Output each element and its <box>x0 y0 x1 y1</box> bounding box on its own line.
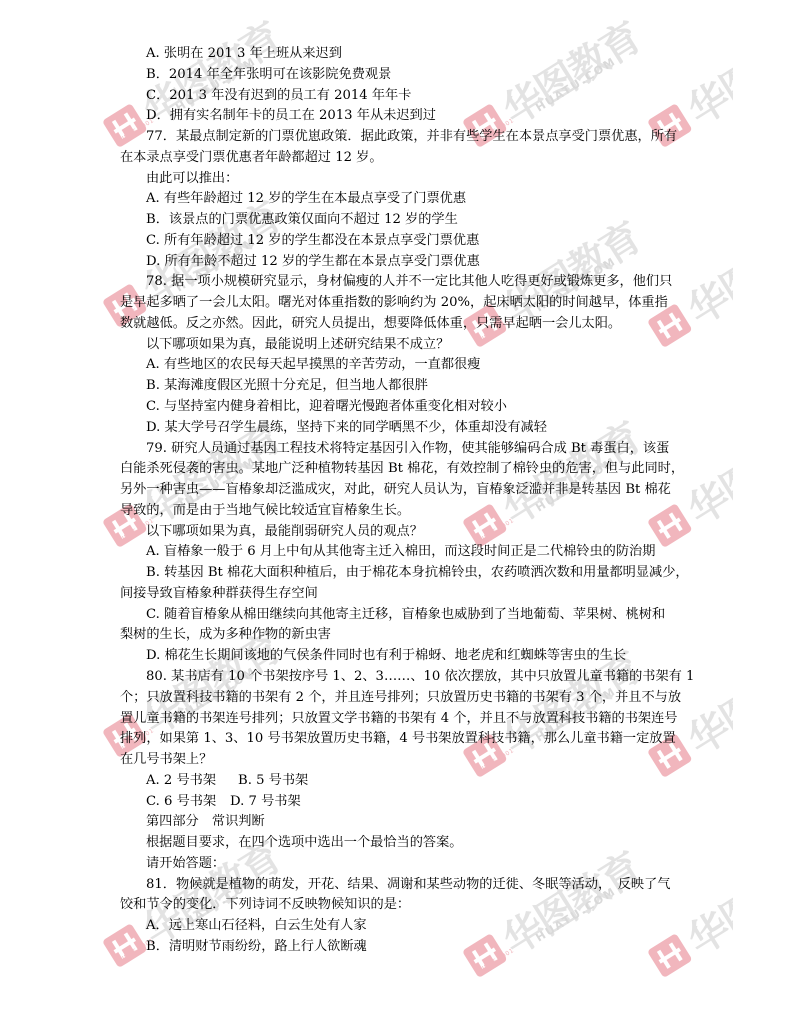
option-b: B. 转基因 Bt 棉花大面积种植后，由于棉花本身抗棉铃虫，农药喷洒次数和用量都… <box>120 563 672 584</box>
question-stem: 是早起多晒了一会儿太阳。曙光对体重指数的影响约为 20%，起床晒太阳的时间越早，… <box>120 293 672 314</box>
question-stem: 81．物候就是植物的萌发，开花、结果、凋谢和某些动物的迁徙、冬眠等活动， 反映了… <box>120 875 672 896</box>
option-a: A．远上寒山石径料，白云生处有人家 <box>120 916 672 937</box>
question-76-options: A. 张明在 201 3 年上班从来迟到 B．2014 年全年张明可在该影院免费… <box>120 44 672 127</box>
question-80: 80. 某书店有 10 个书架按序号 1、2、3……、10 依次摆放，其中只放置… <box>120 667 672 812</box>
question-stem: 数就越低。反之亦然。因此，研究人员提出，想要降低体重，只需早起晒一会儿太阳。 <box>120 314 672 335</box>
option-c: C. 所有年龄超过 12 岁的学生都没在本景点享受门票优惠 <box>120 231 672 252</box>
options-row-1: A. 2 号书架B. 5 号书架 <box>120 771 672 792</box>
option-b: B．清明财节雨纷纷，路上行人欲断魂 <box>120 937 672 958</box>
question-stem: 78. 据一项小规模研究显示，身材偏瘦的人并不一定比其他人吃得更好或锻炼更多，他… <box>120 272 672 293</box>
watermark-brand: 华图教育 <box>676 837 733 966</box>
option-d: D. 某大学号召学生晨练，坚持下来的同学晒黑不少，体重却没有减轻 <box>120 418 672 439</box>
question-stem: 在本录点享受门票优惠者年龄都超过 12 岁。 <box>120 148 672 169</box>
question-stem: 白能杀死侵袭的害虫。某地广泛种植物转基因 Bt 棉花，有效控制了棉铃虫的危害，但… <box>120 459 672 480</box>
question-prompt: 以下哪项如果为真，最能说明上述研究结果不成立？ <box>120 335 672 356</box>
option-a: A. 盲椿象一般于 6 月上中旬从其他寄主迁入棉田，而这段时间正是二代棉铃虫的防… <box>120 542 672 563</box>
section-instruction: 根据题目要求，在四个选项中选出一个最恰当的答案。 <box>120 833 672 854</box>
question-stem: 排列，如果第 1、3、10 号书架放置历史书籍，4 号书架放置科技书籍，那么儿童… <box>120 729 672 750</box>
question-stem: 77．某最点制定新的门票优崽政策．据此政策，并非有些学生在本景点享受门票优惠，所… <box>120 127 672 148</box>
option-d: D. 棉花生长期间该地的气侯条件同时也有利于棉蚜、地老虎和红蜘蛛等害虫的生长 <box>120 646 672 667</box>
question-77: 77．某最点制定新的门票优崽政策．据此政策，并非有些学生在本景点享受门票优惠，所… <box>120 127 672 272</box>
option-b: B. 5 号书架 <box>238 773 308 788</box>
option-a: A. 有些年龄超过 12 岁的学生在本最点享受了门票优惠 <box>120 189 672 210</box>
options-row-2: C. 6 号书架D. 7 号书架 <box>120 792 672 813</box>
option-c: C. 随着盲椿象从棉田继续向其他寄主迁移，盲椿象也威胁到了当地葡萄、苹果树、桃树… <box>120 605 672 626</box>
section-start: 请开始答题： <box>120 854 672 875</box>
option-b-continued: 间接导致盲椿象种群获得生存空间 <box>120 584 672 605</box>
question-stem: 置儿童书籍的书架连号排列；只放置文学书籍的书架有 4 个，并且不与放置科技书籍的… <box>120 709 672 730</box>
option-a: A. 张明在 201 3 年上班从来迟到 <box>120 44 672 65</box>
watermark-brand: 华图教育 <box>676 7 733 136</box>
section-title: 第四部分 常识判断 <box>120 812 672 833</box>
exam-page: A. 张明在 201 3 年上班从来迟到 B．2014 年全年张明可在该影院免费… <box>120 44 672 958</box>
question-stem: 另外一种害虫——盲椿象却泛滥成灾，对此，研究人员认为，盲椿象泛滥并非是转基因 B… <box>120 480 672 501</box>
question-79: 79. 研究人员通过基因工程技术将特定基因引入作物，使其能够编码合成 Bt 毒蛋… <box>120 439 672 667</box>
question-stem: 饺和节令的变化．下列诗词不反映物候知识的是： <box>120 895 672 916</box>
option-b: B．2014 年全年张明可在该影院免费观景 <box>120 65 672 86</box>
question-prompt: 以下哪项如果为真，最能削弱研究人员的观点？ <box>120 522 672 543</box>
option-c: C．201 3 年没有迟到的员工有 2014 年年卡 <box>120 86 672 107</box>
option-d: D．拥有实名制年卡的员工在 2013 年从未迟到过 <box>120 106 672 127</box>
question-stem: 80. 某书店有 10 个书架按序号 1、2、3……、10 依次摆放，其中只放置… <box>120 667 672 688</box>
question-prompt: 由此可以推出： <box>120 169 672 190</box>
section-4-header: 第四部分 常识判断 根据题目要求，在四个选项中选出一个最恰当的答案。 请开始答题… <box>120 812 672 874</box>
option-c-continued: 梨树的生长，成为多种作物的新虫害 <box>120 625 672 646</box>
option-b: B. 某海滩度假区光照十分充足，但当地人都很胖 <box>120 376 672 397</box>
question-stem: 在几号书架上？ <box>120 750 672 771</box>
option-a: A. 2 号书架 <box>146 771 238 792</box>
option-c: C. 与坚持室内健身着相比，迎着曙光慢跑者体重变化相对较小 <box>120 397 672 418</box>
option-b: B．该景点的门票优惠政策仅面向不超过 12 岁的学生 <box>120 210 672 231</box>
question-81: 81．物候就是植物的萌发，开花、结果、凋谢和某些动物的迁徙、冬眠等活动， 反映了… <box>120 875 672 958</box>
question-stem: 79. 研究人员通过基因工程技术将特定基因引入作物，使其能够编码合成 Bt 毒蛋… <box>120 439 672 460</box>
option-d: D. 所有年龄不超过 12 岁的学生都在本景点享受门票优惠 <box>120 252 672 273</box>
option-a: A. 有些地区的农民每天起早摸黑的辛苦劳动，一直都很瘦 <box>120 355 672 376</box>
question-stem: 导致的，而是由于当地气候比较适宜盲椿象生长。 <box>120 501 672 522</box>
watermark-brand: 华图教育 <box>676 207 733 336</box>
option-c: C. 6 号书架 <box>146 792 230 813</box>
question-78: 78. 据一项小规模研究显示，身材偏瘦的人并不一定比其他人吃得更好或锻炼更多，他… <box>120 272 672 438</box>
question-stem: 个；只放置科技书籍的书架有 2 个，并且连号排列；只放置历史书籍的书架有 3 个… <box>120 688 672 709</box>
watermark-brand: 华图教育 <box>676 407 733 536</box>
watermark-brand: 华图教育 <box>676 637 733 766</box>
option-d: D. 7 号书架 <box>230 794 301 809</box>
